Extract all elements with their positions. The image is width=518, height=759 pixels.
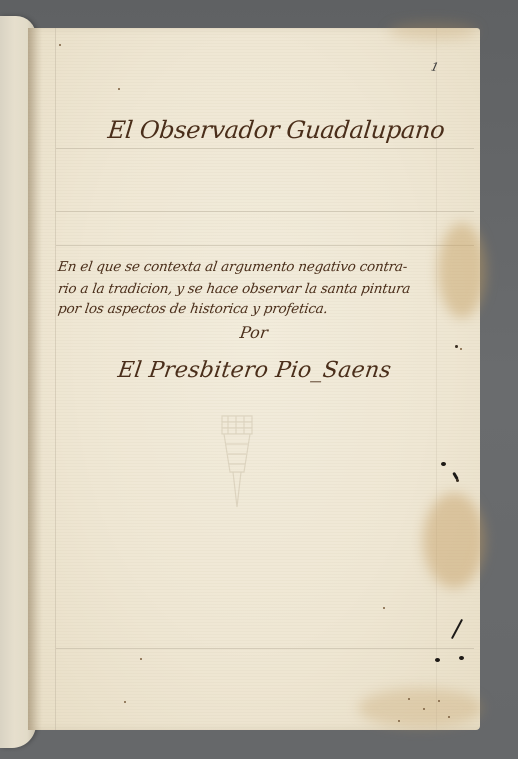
gutter-shadow xyxy=(28,28,42,730)
ink-speck xyxy=(459,656,464,660)
tower-watermark-icon xyxy=(216,412,258,512)
ink-speck xyxy=(59,44,61,46)
foxing-stain xyxy=(438,223,486,318)
ink-speck xyxy=(441,462,446,466)
ink-speck xyxy=(398,720,400,722)
ink-speck xyxy=(455,345,458,348)
ink-speck xyxy=(448,716,450,718)
ruled-line xyxy=(56,211,474,212)
manuscript-page: 1 El Observador Guadalupano En el que se… xyxy=(28,28,480,730)
foxing-stain xyxy=(388,22,478,40)
subtitle-line: por los aspectos de historica y profetic… xyxy=(57,303,328,317)
ink-speck xyxy=(124,701,126,703)
manuscript-title: El Observador Guadalupano xyxy=(107,116,446,144)
left-margin-rule xyxy=(55,28,56,730)
folio-number: 1 xyxy=(430,59,441,74)
ink-speck xyxy=(408,698,410,700)
subtitle-line: rio a la tradicion, y se hace observar l… xyxy=(57,283,411,297)
ink-speck xyxy=(456,479,459,482)
scanned-book-spread: 1 El Observador Guadalupano En el que se… xyxy=(0,0,518,759)
ink-speck xyxy=(118,88,120,90)
subtitle-line: En el que se contexta al argumento negat… xyxy=(57,261,408,275)
ink-speck xyxy=(140,658,142,660)
ink-speck xyxy=(383,607,385,609)
by-label: Por xyxy=(239,323,270,342)
ink-stroke-mark xyxy=(451,619,463,639)
ruled-line xyxy=(56,245,474,246)
ruled-line xyxy=(56,148,474,149)
ruled-line xyxy=(56,648,474,649)
ink-speck xyxy=(438,700,440,702)
ink-speck xyxy=(423,708,425,710)
ink-speck xyxy=(460,348,462,350)
foxing-stain xyxy=(358,688,483,728)
ink-speck xyxy=(435,658,440,662)
foxing-stain xyxy=(423,493,485,588)
author-name: El Presbitero Pio_Saens xyxy=(116,358,393,383)
